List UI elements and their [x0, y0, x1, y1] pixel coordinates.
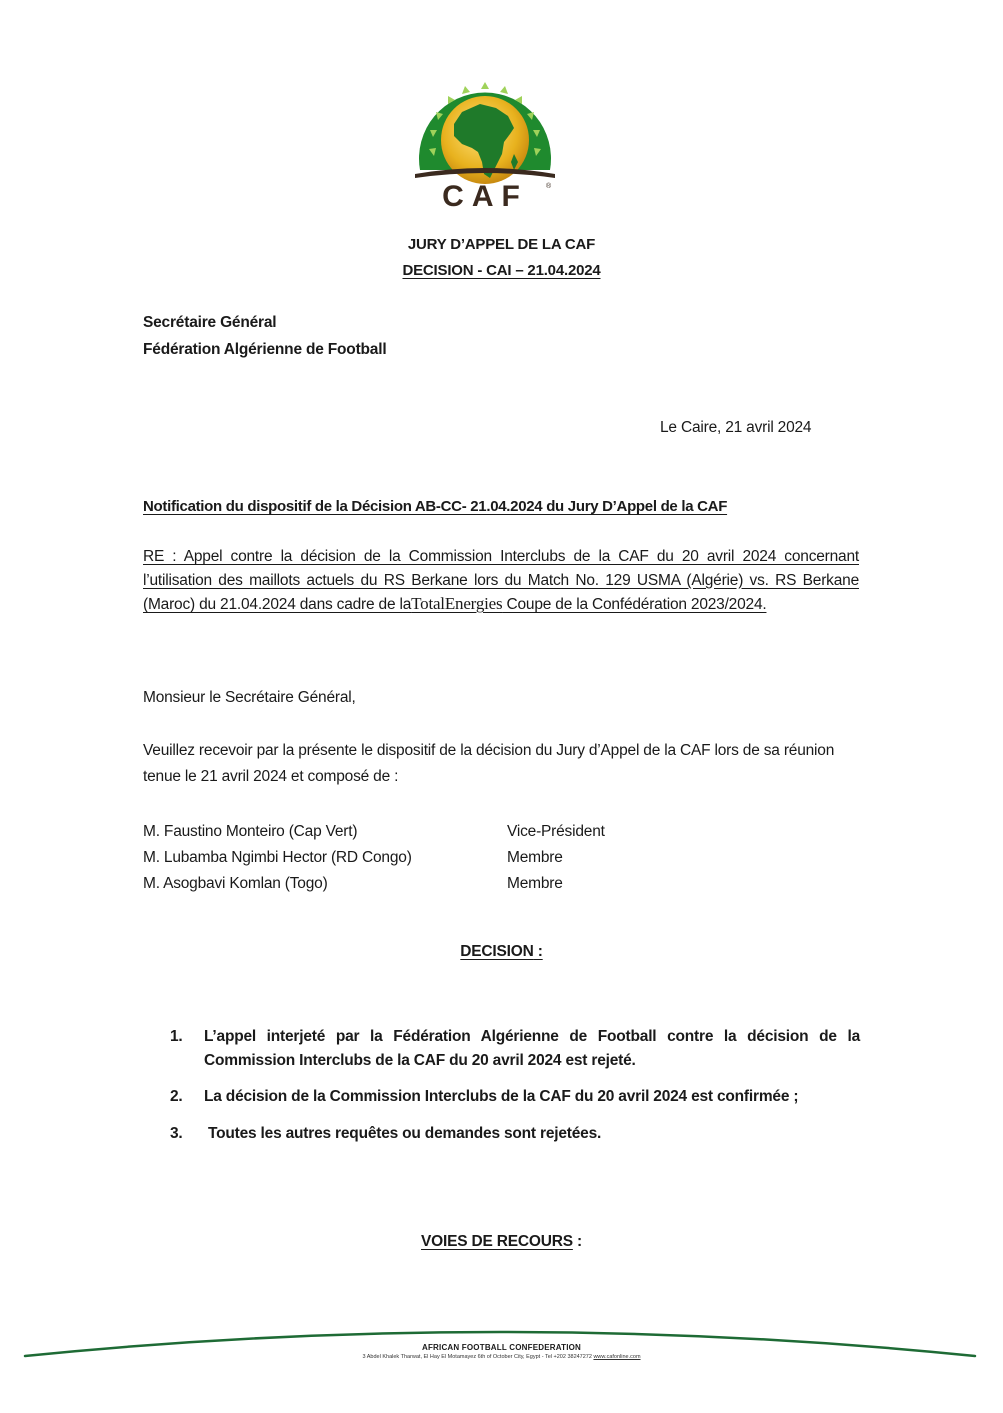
- document-page: CAF ® JURY D’APPEL DE LA CAF DECISION - …: [0, 0, 1003, 1413]
- decision-number: 2.: [170, 1085, 204, 1109]
- subject-re: RE : Appel contre la décision de la Comm…: [143, 545, 859, 617]
- decision-heading-text: DECISION: [460, 943, 533, 960]
- subject-re-brand: TotalEnergies: [411, 594, 502, 613]
- footer-address-text: 3 Abdel Khalek Tharwat, El Hay El Motama…: [362, 1354, 593, 1360]
- jury-members: M. Faustino Monteiro (Cap Vert) Vice-Pré…: [143, 819, 843, 897]
- decision-item: 2. La décision de la Commission Interclu…: [170, 1085, 860, 1109]
- footer-website-link[interactable]: www.cafonline.com: [593, 1354, 640, 1360]
- subject-re-part2: Coupe de la Confédération 2023/2024.: [502, 596, 766, 613]
- decision-item: 3. Toutes les autres requêtes ou demande…: [170, 1122, 860, 1146]
- decision-item: 1. L’appel interjeté par la Fédération A…: [170, 1025, 860, 1072]
- decision-text: La décision de la Commission Interclubs …: [204, 1085, 860, 1109]
- recipient-title: Secrétaire Général: [143, 314, 276, 332]
- decision-text: L’appel interjeté par la Fédération Algé…: [204, 1025, 860, 1072]
- member-role: Membre: [507, 845, 563, 871]
- member-row: M. Faustino Monteiro (Cap Vert) Vice-Pré…: [143, 819, 843, 845]
- footer-organization: AFRICAN FOOTBALL CONFEDERATION: [0, 1343, 1003, 1352]
- decision-heading-suffix: :: [534, 943, 543, 960]
- footer-arc-decoration: [0, 1310, 1003, 1370]
- member-name: M. Faustino Monteiro (Cap Vert): [143, 819, 507, 845]
- member-row: M. Asogbavi Komlan (Togo) Membre: [143, 871, 843, 897]
- decision-heading: DECISION :: [0, 943, 1003, 961]
- appeal-routes-heading-text: VOIES DE RECOURS: [421, 1233, 573, 1250]
- decision-text: Toutes les autres requêtes ou demandes s…: [208, 1122, 860, 1146]
- svg-text:®: ®: [546, 182, 552, 190]
- member-row: M. Lubamba Ngimbi Hector (RD Congo) Memb…: [143, 845, 843, 871]
- intro-paragraph: Veuillez recevoir par la présente le dis…: [143, 738, 859, 790]
- decision-number: 1.: [170, 1025, 204, 1072]
- salutation: Monsieur le Secrétaire Général,: [143, 689, 356, 707]
- caf-logo: CAF ®: [410, 70, 560, 212]
- svg-text:CAF: CAF: [442, 180, 528, 212]
- document-title: JURY D’APPEL DE LA CAF: [0, 236, 1003, 253]
- appeal-routes-heading-suffix: :: [573, 1233, 582, 1250]
- decision-number: 3.: [170, 1122, 208, 1146]
- member-name: M. Lubamba Ngimbi Hector (RD Congo): [143, 845, 507, 871]
- notification-heading: Notification du dispositif de la Décisio…: [143, 498, 727, 515]
- member-role: Membre: [507, 871, 563, 897]
- footer-address: 3 Abdel Khalek Tharwat, El Hay El Motama…: [0, 1354, 1003, 1360]
- decision-reference: DECISION - CAI – 21.04.2024: [0, 262, 1003, 279]
- caf-logo-icon: CAF ®: [410, 70, 560, 212]
- date-line: Le Caire, 21 avril 2024: [660, 419, 811, 437]
- recipient-organization: Fédération Algérienne de Football: [143, 341, 386, 359]
- decision-list: 1. L’appel interjeté par la Fédération A…: [170, 1025, 860, 1158]
- appeal-routes-heading: VOIES DE RECOURS :: [0, 1233, 1003, 1251]
- member-name: M. Asogbavi Komlan (Togo): [143, 871, 507, 897]
- member-role: Vice-Président: [507, 819, 605, 845]
